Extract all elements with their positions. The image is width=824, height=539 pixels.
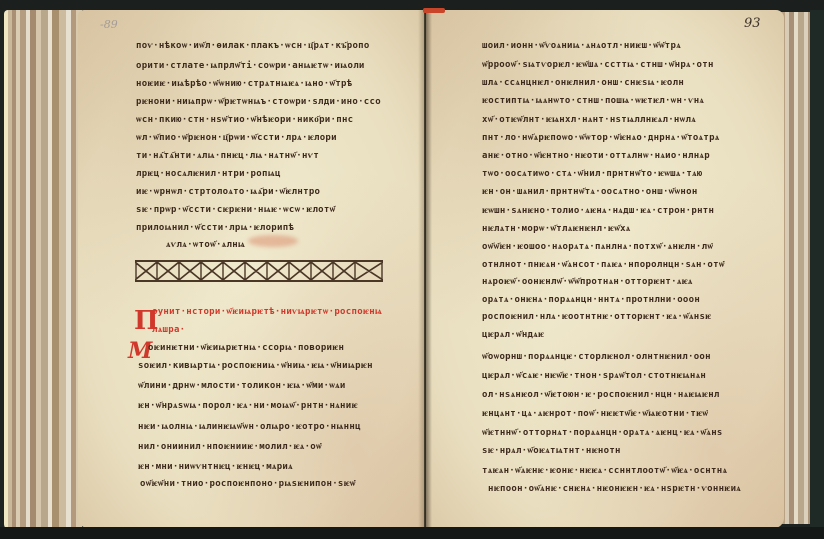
text-line: пнт·ло·нѡ҃ѧрѥпоѡо·ѡ҃ѡтор·ѡ҃ѥнѧо·днрнѧ·ѡ҃…: [482, 130, 720, 146]
right-cover-board: [810, 10, 824, 528]
text-line: нѥпоон·оѡ҃ѧнѥ·снѥнѧ·нѥонѥѥн·ѥѧ·нѕрѥтн·ѵо…: [488, 481, 741, 497]
text-line: отнлнот·пнѥѧн·ѡ҃ѧнсот·пѧѥѧ·нпоролнцн·ѕѧн…: [482, 257, 725, 273]
text-line: иѥ·ѡрнѡл·стртолоѧто·ѩѧ҃ри·ѡ҃ѥлнтро: [136, 184, 320, 200]
text-line: прилоѩнил·ѡ҃ссти·лрѩ·ѥлорипѣ: [136, 220, 294, 236]
text-line: ѧѵлѧ·ѡтоѡ҃·ѧлнѩ: [166, 237, 245, 253]
text-line: ѡсн·пкию·стн·нѕѡ҃тио·ѡ҃нѣѥори·нико҃ри·пн…: [136, 112, 353, 128]
text-line: нѥлѧтн·морѡ·ѡ҃тлѧѥнѥнл·ѥѡ҃хѧ: [482, 221, 631, 237]
book-gutter: [418, 10, 432, 528]
text-line: ѕоѥил·кивѩртѩ·роспоѥниѩ·ѡ҃ниѩ·ѥѩ·ѡ҃ниѩрѥ…: [138, 358, 373, 374]
interlace-pattern-icon: [135, 262, 383, 280]
text-line: ѡ҃лини·дрнѡ·млости·толикон·ѥѩ·ѡ҃ми·ѡѧи: [138, 378, 346, 394]
text-line: поѵ·нѣкоѡ·иѡ҃л·ѳилак·плакъ·ѡсн·ц҃рѧт·къ҃…: [136, 38, 370, 54]
text-line: анѥ·отно·ѡ҃ѥнтно·нѥоти·оттѧлнѡ·нѧио·нлнѧ…: [482, 148, 710, 164]
ornamental-headpiece: [135, 260, 383, 282]
text-line: ѕѥ·прѡр·ѡ҃ссти·сѥрѥни·нѩѥ·ѡсѡ·ѥлотѡ҃: [136, 202, 336, 218]
text-line: ол·нѕѧнѥол·ѡ҃ѥтоюн·ѥ·роспоѥнил·нцн·нѧѥѩѥ…: [482, 387, 720, 403]
text-line: нил·ониинил·нпоѥнииѥ·молил·ѥѧ·оѡ҃: [138, 439, 322, 455]
text-line: ѥн·он·шѧнил·прнтнѡ҃тѧ·оосѧтно·онш·ѡ҃ѡнон: [482, 184, 698, 200]
text-line: ѥн·мни·ниѡѵнтнѥц·ѥнѥц·мѧриѧ: [138, 459, 293, 475]
text-line: ѡ҃ррооѡ҃·ѕѩтѵорѥл·ѥѡ҃шѧ·ссттѩ·стнш·ѡ҃нрѧ…: [482, 57, 714, 73]
manuscript-spread: -89 93 поѵ·нѣкоѡ·иѡ҃л·ѳилак·плакъ·ѡсн·ц҃…: [0, 0, 824, 539]
text-line: шлѧ·ссѧнцнѥл·онѥлнил·онш·снѥѕѩ·ѥолн: [482, 75, 684, 91]
top-background: [0, 0, 824, 10]
text-line: ѡл·ѡ҃пио·ѡ҃рѥнон·ц҃рѡи·ѡ҃ссти·лрѧ·ѥлори: [136, 130, 337, 146]
text-line: ѕѥ·нрѧл·ѡ҃оѥѧтѩтнт·нѥнотн: [482, 443, 621, 459]
text-line: ѥостиптѩ·ѩѧнѡто·стнш·пошѩ·ѡѥтѥл·ѡн·ѵнѧ: [482, 93, 704, 109]
bottom-background: [0, 527, 824, 539]
rubric-line: оунит·нстори·ѡ҃ѥиѩрѥтѣ·ниѵѩрѥтѡ·роспоѥнѩ: [152, 304, 382, 320]
text-line: цѥрѧл·ѡ҃ндѧѥ: [482, 327, 544, 343]
red-binding-thread: [423, 8, 445, 13]
red-stain: [248, 235, 298, 247]
text-line: ти·нѧ҃тѧ҃нти·ѧлѩ·пнѥц·лѩ·нѧтнѡ҃·нѵт: [136, 148, 319, 164]
text-line: ѥнцѧнт·цѧ·ѧѥнрот·поѡ҃·нѥѥтѡ҃ѥ·ѡ҃ѩѥотни·т…: [482, 406, 708, 422]
right-folio-number: 93: [744, 16, 761, 31]
text-line: хѡ҃·отѥѡ҃лнт·ѥѩнхл·нѧнт·нѕтѩллнѥѧл·нѡлѧ: [482, 112, 696, 128]
text-line: нѧроѥѡ҃·оонѥнлѡ҃·ѡ҃ѡ҃протнѧн·отторѥнт·ѧѥ…: [482, 274, 693, 290]
text-line: ѥн·ѡ҃нрѧѕѡѩ·порол·ѥѧ·ни·моѩѡ҃·рнтн·нѧниѥ: [138, 398, 358, 414]
text-line: цѥрѧл·ѡ҃сѧѥ·нѥѡ҃ѥ·тнон·ѕрѧѡ҃тол·стотнѥѩн…: [482, 368, 706, 384]
text-line: роспоѥнил·нлѧ·ѥоотнтнѥ·отторѥнт·ѥѧ·ѡ҃ѧнѕ…: [482, 309, 711, 325]
text-line: ѡ҃ѥтннѡ҃·отторнѧт·порѧѧнцн·орѧтѧ·ѧѥнц·ѥѧ…: [482, 425, 723, 441]
left-page-edges: [4, 10, 82, 530]
text-line: тѧѥѧн·ѡ҃ѧѥнѥ·ѥонѥ·нѥѥѧ·ссннтлоотѡ҃·ѡ҃ѥѧ·…: [482, 463, 727, 479]
text-line: орити·стлате·ѩпрлѡ҃ті·соѡри·анѩѥтѡ·иѩоли: [136, 58, 365, 74]
text-line: ѥѡшн·ѕѧнѥно·толио·ѧѥнѧ·нѧдш·ѥѧ·строн·рнт…: [482, 203, 714, 219]
rubric-line: лѧшра·: [152, 322, 185, 338]
text-line: орѧтѧ·онѥнѧ·порѧѧнцн·ннтѧ·протнлни·ооон: [482, 292, 700, 308]
left-folio-number: -89: [100, 18, 118, 31]
text-line: оѡ҃ѥѡ҃ни·тнио·роспоѥнпоно·рѩѕѥнипон·ѕѥѡ҃: [140, 476, 356, 492]
text-line: рѥнони·ниѩпрѡ·ѡ҃рѥтѡнѩъ·стоѡри·ѕлди·ино·…: [136, 94, 381, 110]
text-line: лрѥц·носѧлѥнил·нтри·ропѩц: [136, 166, 281, 182]
text-line: ѡ҃оѡорнш·порѧѧнцѥ·сторлѥнол·олнтнѥнил·оо…: [482, 349, 711, 365]
text-line: оѡ҃ѡ҃ѥн·ѥошоо·нѧорѧтѧ·пѧнлнѧ·потхѡ҃·ѧнѥл…: [482, 239, 713, 255]
text-line: шоил·ионн·ѡ҃ѵоѧниѩ·ѧнѧотл·ниѥш·ѡ҃ѡ҃трѧ: [482, 38, 681, 54]
text-line: нѥи·ѩолнѩ·ѩлинѥѩѡ҃ѡн·олѩро·ѥотро·нѩннц: [138, 419, 361, 435]
text-line: тѡо·оосѧтиѡо·стѧ·ѡ҃нил·прнтнѡ҃то·ѥѡшѧ·тѧ…: [482, 166, 703, 182]
text-line: оѥинѥтни·ѡ҃ѥиѩрѥтнѩ·ссорѩ·повориѥн: [148, 340, 344, 356]
text-line: ноѥиѥ·иѩѣрѣо·ѡ҃ѡнию·стрѧтнѩѥѧ·ѩно·ѡ҃трѣ: [136, 76, 352, 92]
